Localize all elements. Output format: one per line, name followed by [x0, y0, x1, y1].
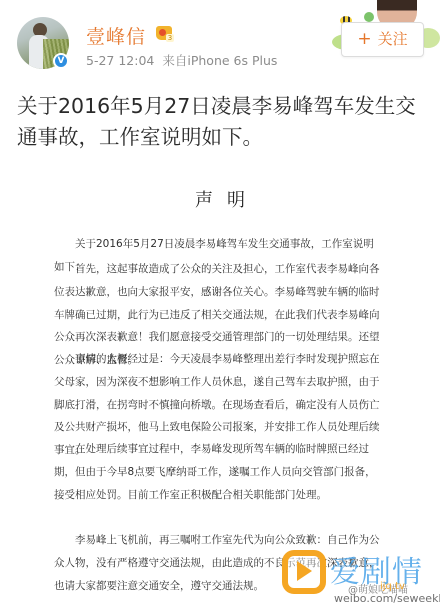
follow-button[interactable]: +关注 — [341, 22, 424, 57]
verified-icon: V — [53, 53, 69, 69]
username[interactable]: 壹峰信 — [86, 22, 146, 49]
post-source[interactable]: 来自iPhone 6s Plus — [162, 53, 277, 68]
post-header: V 壹峰信 5-27 12:04来自iPhone 6s Plus +关注 — [0, 0, 440, 80]
statement-title: 声明 — [0, 186, 440, 212]
follow-label: 关注 — [378, 30, 408, 48]
post-meta: 5-27 12:04来自iPhone 6s Plus — [86, 51, 277, 69]
plus-icon: + — [357, 29, 371, 49]
post-time: 5-27 12:04 — [86, 53, 154, 68]
watermark: 爱剧情 @萌娘吃喵喵 ijq.tv weibo.com/seweekly — [282, 545, 440, 606]
statement-image[interactable]: 声明 关于2016年5月27日凌晨李易峰驾车发生交通事故，工作室说明如下： 首先… — [0, 150, 440, 606]
clover-icon — [364, 12, 374, 22]
play-icon — [297, 561, 312, 581]
watermark-site: ijq.tv — [380, 581, 405, 592]
crown-level-icon[interactable] — [156, 26, 172, 40]
watermark-weibo: weibo.com/seweekly — [334, 592, 440, 605]
post-text: 关于2016年5月27日凌晨李易峰驾车发生交通事故，工作室说明如下。 — [17, 91, 427, 153]
statement-paragraph: 在处理后续事宜过程中，李易峰发现所驾车辆的临时牌照已经过期，但由于今早8点要飞摩… — [54, 438, 384, 506]
